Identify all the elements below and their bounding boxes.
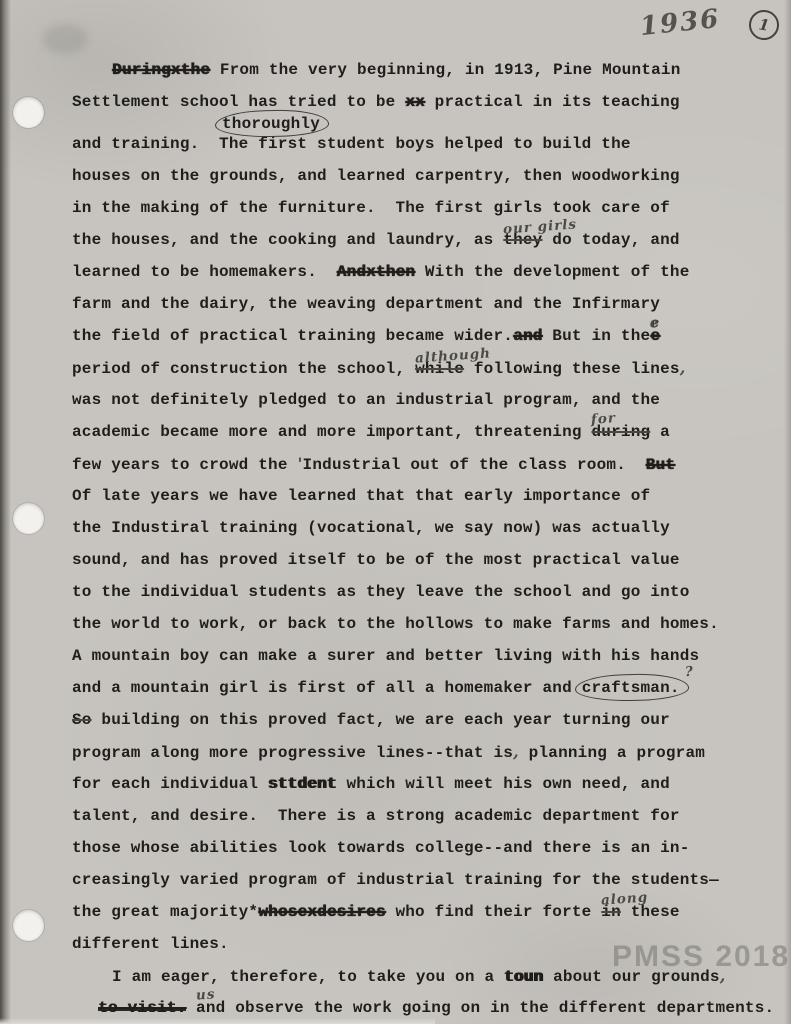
typed-text: the world to work, or back to the hollow… — [72, 615, 719, 633]
typed-text: Of late years we have learned that that … — [72, 487, 650, 505]
typed-text: the Industiral training (vocational, we … — [72, 519, 670, 537]
handwritten-annotation: for — [591, 410, 617, 428]
typed-text: But in the — [542, 327, 650, 345]
typed-text: sound, and has proved itself to be of th… — [72, 551, 680, 569]
text-line: Duringxthe From the very beginning, in 1… — [72, 60, 783, 92]
page-number-badge: 1 — [747, 8, 781, 42]
typed-text: houses on the grounds, and learned carpe… — [72, 167, 680, 185]
typed-text: toun — [504, 968, 543, 986]
typed-text: which will meet his own need, and — [337, 775, 670, 793]
text-line: the great majority*whosexdesires who fin… — [72, 902, 783, 934]
typed-text: program along more progressive lines--th… — [72, 744, 513, 762]
typed-text: With the development of the — [415, 263, 689, 281]
typed-text: So — [72, 711, 92, 729]
typed-text: sttdent — [268, 775, 337, 793]
text-line: and a mountain girl is first of all a ho… — [72, 678, 783, 710]
typed-text: Settlement school has tried to be — [72, 93, 405, 111]
handwritten-mark: , — [720, 966, 726, 985]
typed-text: and a mountain girl is first of all a ho… — [72, 679, 582, 697]
text-line: Of late years we have learned that that … — [72, 486, 783, 518]
text-line: learned to be homemakers. Andxthen With … — [72, 262, 783, 294]
text-line: talent, and desire. There is a strong ac… — [72, 806, 783, 838]
typed-text: building on this proved fact, we are eac… — [92, 711, 670, 729]
punch-hole — [13, 97, 44, 128]
typed-text: and — [513, 327, 542, 345]
typed-text: different lines. — [72, 935, 229, 953]
punch-hole — [13, 503, 44, 534]
typed-text: to visit. — [98, 999, 186, 1017]
text-line: creasingly varied program of industrial … — [72, 870, 783, 902]
typed-text: for each individual — [72, 775, 268, 793]
text-line: Settlement school has tried to be xx pra… — [72, 92, 783, 114]
handwritten-year: 1936 — [639, 4, 722, 42]
text-line: I am eager, therefore, to take you on a … — [72, 966, 783, 998]
typed-text: planning a program — [519, 744, 705, 762]
typed-text: andus — [196, 998, 225, 1018]
text-line: to visit. andus observe the work going o… — [72, 998, 783, 1024]
typed-text: A mountain boy can make a surer and bett… — [72, 647, 699, 665]
page-number: 1 — [758, 15, 771, 34]
typed-text: talent, and desire. There is a strong ac… — [72, 807, 680, 825]
typed-text: following these lines — [464, 360, 680, 378]
typed-text: duringfor — [591, 422, 650, 442]
document-text: Duringxthe From the very beginning, in 1… — [72, 60, 783, 1024]
scan-left-edge — [0, 0, 11, 1024]
text-line: thoroughly — [72, 114, 783, 134]
handwritten-annotation: us — [195, 987, 215, 1004]
text-line: was not definitely pledged to an industr… — [72, 390, 783, 422]
text-line: sound, and has proved itself to be of th… — [72, 550, 783, 582]
typed-text: academic became more and more important,… — [72, 423, 591, 441]
text-line: in the making of the furniture. The firs… — [72, 198, 783, 230]
typed-text: to the individual students as they leave… — [72, 583, 690, 601]
text-line: period of construction the school, while… — [72, 358, 783, 390]
typed-text: those whose abilities look towards colle… — [72, 839, 690, 857]
typed-text: whilealthough — [415, 359, 464, 379]
typed-text: ee — [650, 326, 660, 346]
handwritten-annotation: e — [650, 315, 661, 332]
typed-text — [186, 999, 196, 1017]
text-line: So building on this proved fact, we are … — [72, 710, 783, 742]
typed-text: craftsman.? — [582, 678, 680, 698]
text-line: the houses, and the cooking and laundry,… — [72, 230, 783, 262]
typed-text: Andxthen — [337, 263, 415, 281]
typed-text: a — [650, 423, 670, 441]
typed-text: do today, and — [543, 231, 680, 249]
typed-text: But — [646, 456, 675, 474]
text-line: farm and the dairy, the weaving departme… — [72, 294, 783, 326]
typed-text: the houses, and the cooking and laundry,… — [72, 231, 503, 249]
typed-text: the great majority* — [72, 903, 258, 921]
typed-text: Duringxthe — [112, 61, 210, 79]
text-line: the world to work, or back to the hollow… — [72, 614, 783, 646]
typed-text: From the very beginning, in 1913, Pine M… — [210, 61, 680, 79]
typed-text: practical in its teaching — [425, 93, 680, 111]
typed-text: whosexdesires — [258, 903, 385, 921]
paper-smudge — [42, 24, 88, 54]
scan-right-edge — [784, 0, 791, 1024]
typed-text: theyour girls — [503, 230, 542, 250]
typed-text: who find their forte — [386, 903, 602, 921]
handwritten-annotation: ? — [684, 664, 694, 681]
typed-text: in the making of the furniture. The firs… — [72, 199, 670, 217]
text-line: few years to crowd the 'Industrial out o… — [72, 454, 783, 486]
text-line: those whose abilities look towards colle… — [72, 838, 783, 870]
punch-hole — [13, 910, 44, 941]
text-line: academic became more and more important,… — [72, 422, 783, 454]
typed-text: Industrial out of the class room. — [303, 456, 646, 474]
typed-text: observe the work going on in the differe… — [225, 999, 774, 1017]
handwritten-mark: , — [680, 358, 686, 377]
typed-text: I am eager, therefore, to take you on a — [112, 968, 504, 986]
typed-text: was not definitely pledged to an industr… — [72, 391, 660, 409]
typed-text: farm and the dairy, the weaving departme… — [72, 295, 660, 313]
text-line: to the individual students as they leave… — [72, 582, 783, 614]
text-line: program along more progressive lines--th… — [72, 742, 783, 774]
typed-text: thoroughly — [222, 114, 320, 134]
typed-text: few years to crowd the — [72, 456, 297, 474]
scanned-page: 1936 1 PMSS 2018 Duringxthe From the ver… — [0, 0, 791, 1024]
typed-text: inalong — [601, 902, 621, 922]
text-line: the Industiral training (vocational, we … — [72, 518, 783, 550]
text-line: houses on the grounds, and learned carpe… — [72, 166, 783, 198]
typed-text: creasingly varied program of industrial … — [72, 871, 719, 889]
typed-text: learned to be homemakers. — [72, 263, 337, 281]
typed-text: and training. The first student boys hel… — [72, 135, 631, 153]
text-line: different lines. — [72, 934, 783, 966]
typed-text: xx — [405, 93, 425, 111]
text-line: for each individual sttdent which will m… — [72, 774, 783, 806]
typed-text: about our grounds — [543, 968, 719, 986]
typed-text: the field of practical training became w… — [72, 327, 513, 345]
text-line: A mountain boy can make a surer and bett… — [72, 646, 783, 678]
typed-text: period of construction the school, — [72, 360, 415, 378]
text-line: and training. The first student boys hel… — [72, 134, 783, 166]
